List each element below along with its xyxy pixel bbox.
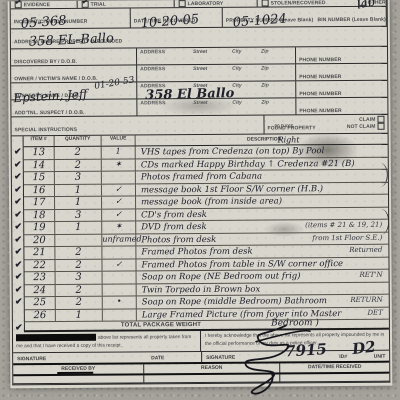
item-value bbox=[103, 284, 137, 296]
item-description: DVD from desk bbox=[141, 222, 206, 232]
person-name-cell: ADD'TNL. SUSPECT / D.O.B. bbox=[11, 99, 137, 116]
items-table: ITEM # QUANTITY VALUE DESCRIPTION Right … bbox=[23, 134, 389, 323]
person-phone-cell: PHONE NUMBER bbox=[296, 64, 387, 81]
phone-label: PHONE NUMBER bbox=[299, 57, 341, 63]
item-description: Framed Photos from table in S/W corner o… bbox=[141, 259, 343, 270]
item-value: ✓ bbox=[102, 196, 136, 208]
item-quantity: 1 bbox=[56, 309, 103, 321]
item-margin-note: RETURN bbox=[350, 295, 382, 306]
handwritten-header-note: Right bbox=[278, 135, 300, 144]
item-number: 20 bbox=[24, 235, 55, 247]
classification-option: LABORATORY bbox=[175, 0, 258, 7]
item-description-cell: Photos framed from Cabana bbox=[136, 170, 388, 183]
checkbox-label: TRIAL bbox=[91, 1, 106, 7]
acknowledgment-section: above list represents all property taken… bbox=[13, 330, 389, 353]
person-name-cell: DISCOVERED BY / D.O.B. bbox=[11, 48, 137, 65]
city-label: City bbox=[232, 100, 241, 106]
signature-scrawl bbox=[226, 321, 313, 396]
address-label: ADDRESS bbox=[140, 100, 165, 106]
item-number: 14 bbox=[24, 160, 55, 172]
item-value: ✓ bbox=[102, 209, 136, 221]
item-value bbox=[103, 271, 137, 283]
property-receipt-form: ✔ EVIDENCE ✔ TRIAL LABORATORY STOLEN/REC… bbox=[10, 0, 391, 385]
item-description: message book 1st Floor S/W corner (H.B.) bbox=[141, 184, 323, 195]
row-checkmark: ✔ bbox=[13, 185, 23, 195]
row-checkmark: ✔ bbox=[13, 197, 23, 207]
item-quantity: 1 bbox=[55, 197, 102, 209]
classification-option: STOLEN/RECOVERED bbox=[258, 0, 355, 7]
item-description: CDs marked Happy Birthday ↑ Credenza #21… bbox=[141, 158, 355, 169]
item-number-header: ITEM # bbox=[24, 136, 55, 146]
item-number: 15 bbox=[24, 172, 55, 184]
item-margin-note: RET'N bbox=[359, 270, 382, 281]
special-instructions-row: SPECIAL INSTRUCTIONS FOUND PROPERTY 90 D… bbox=[11, 115, 387, 137]
field-label: DISCOVERED BY / D.O.B. bbox=[14, 59, 77, 65]
item-quantity: 1 bbox=[55, 222, 102, 234]
city-label: City bbox=[232, 49, 241, 55]
item-value: • bbox=[103, 296, 137, 308]
item-value: unframed bbox=[102, 234, 136, 246]
people-section: DISCOVERED BY / D.O.B. ADDRESS Street Ci… bbox=[11, 47, 387, 118]
form-field: BIN NUMBER (Leave Blank) bbox=[314, 7, 386, 27]
item-description: Photos from desk bbox=[141, 234, 216, 245]
person-address-cell: ADDRESS Street City Zip bbox=[137, 64, 296, 81]
handwritten-address: 358 EL-Ballo bbox=[29, 31, 114, 50]
field-label: BIN NUMBER (Leave Blank) bbox=[318, 17, 386, 23]
item-value bbox=[102, 171, 136, 183]
checkbox-icon bbox=[179, 0, 186, 7]
item-quantity: 2 bbox=[56, 297, 103, 309]
item-number: 26 bbox=[25, 310, 56, 322]
item-quantity: 2 bbox=[55, 247, 102, 259]
redaction-bar bbox=[16, 334, 96, 342]
item-description: Framed Photos from desk bbox=[141, 247, 252, 258]
zip-label: Zip bbox=[261, 100, 269, 106]
item-quantity: 1 bbox=[55, 184, 102, 196]
row-checkmark: ✔ bbox=[13, 247, 23, 257]
item-value: 1 bbox=[102, 146, 136, 158]
item-description-cell: CDs marked Happy Birthday ↑ Credenza #21… bbox=[136, 157, 388, 170]
person-address-cell: ADDRESS Street City Zip bbox=[137, 47, 296, 64]
claim-checkbox-icon bbox=[377, 116, 384, 123]
item-number: 23 bbox=[25, 272, 56, 284]
item-description-cell: message book (from inside area) bbox=[136, 195, 388, 208]
phone-label: PHONE NUMBER bbox=[299, 74, 341, 80]
row-checkmark: ✔ bbox=[13, 235, 23, 245]
row-checkmark: ✔ bbox=[13, 222, 23, 232]
total-package-weight-label: TOTAL PACKAGE WEIGHT bbox=[121, 322, 201, 329]
description-header: DESCRIPTION bbox=[136, 134, 388, 146]
item-number: 22 bbox=[24, 260, 55, 272]
row-checkmark: ✔ bbox=[14, 285, 24, 295]
item-number: 21 bbox=[24, 247, 55, 259]
person-name-cell: SUSPECT'S NAME / D.O.B. 01-20-53 Epstein… bbox=[11, 82, 137, 99]
ninety-days-label: 90 DAYS bbox=[275, 123, 294, 128]
zip-label: Zip bbox=[261, 66, 269, 72]
item-quantity bbox=[55, 234, 102, 246]
item-value bbox=[102, 246, 136, 258]
field-label: ADD'TNL. SUSPECT / D.O.B. bbox=[14, 110, 84, 116]
row-checkmark: ✔ bbox=[14, 272, 24, 282]
item-description: VHS tapes from Credenza (on top) By Pool bbox=[141, 146, 325, 157]
item-quantity: 3 bbox=[55, 209, 102, 221]
zip-label: Zip bbox=[261, 49, 269, 55]
not-claim-label: NOT CLAIM bbox=[347, 123, 376, 129]
city-label: City bbox=[232, 66, 241, 72]
received-by-header: RECEIVED BY bbox=[13, 364, 144, 374]
item-margin-note: Returned bbox=[349, 245, 382, 256]
field-label: OWNER / VICTIM'S NAME / D.O.B. bbox=[14, 76, 97, 83]
checkbox-label: EVIDENCE bbox=[24, 2, 50, 8]
owner-acknowledgment: above list represents all property taken… bbox=[13, 331, 201, 352]
item-quantity: 3 bbox=[56, 272, 103, 284]
person-phone-cell: PHONE NUMBER bbox=[296, 47, 387, 64]
item-number: 19 bbox=[24, 222, 55, 234]
checkbox-icon bbox=[262, 0, 269, 7]
zip-label: Zip bbox=[261, 83, 269, 89]
checkbox-icon: ✔ bbox=[82, 1, 89, 8]
item-description-cell: DVD from desk (items # 21 & 19, 21) bbox=[136, 220, 388, 233]
found-property-cell: FOUND PROPERTY 90 DAYS CLAIM NOT CLAIM bbox=[264, 115, 387, 134]
item-description-cell: Soap on Rope (NE Bedroom out frig) RET'N bbox=[137, 270, 389, 283]
item-number: 24 bbox=[25, 285, 56, 297]
form-field: DATE/TIME RECOVERED 10-20-05 bbox=[131, 8, 223, 28]
item-description: Twin Torpedo in Brown box bbox=[142, 284, 261, 295]
item-description-cell: Photos from desk from 1st Floor S.E.) bbox=[136, 232, 388, 245]
person-phone-cell: PHONE NUMBER bbox=[296, 81, 387, 98]
person-phone-cell: PHONE NUMBER bbox=[296, 98, 387, 115]
row-checkmark: ✔ bbox=[14, 323, 24, 333]
item-margin-note: DET bbox=[367, 307, 382, 318]
item-description-cell: VHS tapes from Credenza (on top) By Pool bbox=[136, 145, 388, 158]
street-label: Street bbox=[193, 66, 207, 72]
claim-label: CLAIM bbox=[359, 116, 375, 122]
checkbox-icon: ✔ bbox=[15, 1, 22, 8]
quantity-header: QUANTITY bbox=[55, 136, 102, 146]
person-address-cell: ADDRESS Street City Zip 358 El Ballo bbox=[137, 81, 296, 98]
row-checkmark: ✔ bbox=[13, 260, 23, 270]
item-description-cell: Framed Photos from table in S/W corner o… bbox=[136, 257, 388, 270]
item-value: ✶ bbox=[102, 159, 136, 171]
special-instructions-cell: SPECIAL INSTRUCTIONS bbox=[11, 116, 264, 136]
item-number: 13 bbox=[24, 147, 55, 159]
checkbox-label: LABORATORY bbox=[188, 0, 224, 6]
item-description-cell: Twin Torpedo in Brown box bbox=[137, 282, 389, 295]
item-number: 25 bbox=[25, 297, 56, 309]
item-number: 17 bbox=[24, 197, 55, 209]
row-checkmark: ✔ bbox=[13, 210, 23, 220]
person-address-cell: ADDRESS Street City Zip bbox=[137, 98, 296, 115]
street-label: Street bbox=[193, 100, 207, 106]
phone-label: PHONE NUMBER bbox=[299, 91, 341, 97]
numbers-row: INCIDENT/CITATION NUMBER 05-368 DATE/TIM… bbox=[11, 7, 387, 30]
item-description-cell: Large Framed Picture (from foyer into Ma… bbox=[137, 307, 389, 320]
row-checkmark: ✔ bbox=[13, 172, 23, 182]
item-description-cell: CD's from desk bbox=[136, 207, 388, 220]
item-description-cell: message book 1st Floor S/W corner (H.B.) bbox=[136, 182, 388, 195]
item-quantity: 2 bbox=[56, 284, 103, 296]
item-description: Soap on Rope (middle Bedroom) Bathroom bbox=[142, 296, 327, 307]
classification-option: ✔ TRIAL bbox=[78, 0, 175, 8]
address-label: ADDRESS bbox=[140, 66, 165, 72]
item-quantity: 2 bbox=[55, 159, 102, 171]
item-value: ✶ bbox=[102, 221, 136, 233]
item-margin-note: from 1st Floor S.E.) bbox=[312, 232, 382, 243]
row-checkmark: ✔ bbox=[13, 147, 23, 157]
not-claim-checkbox-icon bbox=[378, 123, 385, 130]
item-margin-note: (items # 21 & 19, 21) bbox=[305, 220, 382, 232]
scanned-form-page: lab ✔ EVIDENCE ✔ TRIAL bbox=[8, 0, 393, 388]
row-checkmark: ✔ bbox=[13, 160, 23, 170]
item-value: ✓ bbox=[102, 184, 136, 196]
classification-option: ✔ EVIDENCE bbox=[11, 1, 78, 8]
field-label: SPECIAL INSTRUCTIONS bbox=[15, 127, 78, 133]
signature-label: SIGNATURE bbox=[13, 355, 147, 363]
phone-label: PHONE NUMBER bbox=[299, 108, 341, 114]
item-description: message book (from inside area) bbox=[141, 196, 282, 207]
value-header: VALUE bbox=[102, 135, 136, 145]
checkbox-label: STOLEN/RECOVERED bbox=[271, 0, 326, 6]
item-value bbox=[103, 309, 137, 321]
handwritten-unit: D2 bbox=[351, 337, 376, 358]
address-label: ADDRESS bbox=[140, 49, 165, 55]
item-description: CD's from desk bbox=[141, 209, 207, 219]
item-number: 16 bbox=[24, 185, 55, 197]
street-label: Street bbox=[193, 49, 207, 55]
item-description: Soap on Rope (NE Bedroom out frig) bbox=[142, 271, 301, 282]
item-quantity: 2 bbox=[55, 147, 102, 159]
address-impounded-row: ADDRESS WHERE PROPERTY IMPOUNDED 358 EL-… bbox=[11, 27, 387, 50]
date-label: DATE bbox=[147, 355, 201, 362]
redaction-bar bbox=[57, 371, 93, 374]
item-description-cell: Soap on Rope (middle Bedroom) Bathroom R… bbox=[137, 295, 389, 308]
claim-options: CLAIM NOT CLAIM bbox=[347, 116, 385, 130]
form-field: PROPERTY NUMBER (Leave Blank) 05-1024 bbox=[223, 7, 315, 27]
check-mark: ✔ bbox=[82, 0, 88, 6]
row-checkmark: ✔ bbox=[14, 297, 24, 307]
item-number: 18 bbox=[24, 210, 55, 222]
check-mark: ✔ bbox=[15, 0, 21, 6]
item-description: Photos framed from Cabana bbox=[141, 172, 262, 183]
items-rows: ✔ 13 2 1 VHS tapes from Credenza (on top… bbox=[24, 145, 389, 323]
item-description-cell: Framed Photos from desk Returned bbox=[136, 245, 388, 258]
item-value: ✓ bbox=[102, 259, 136, 271]
item-quantity: 3 bbox=[55, 172, 102, 184]
item-quantity: 2 bbox=[55, 259, 102, 271]
form-field: INCIDENT/CITATION NUMBER 05-368 bbox=[11, 8, 131, 28]
